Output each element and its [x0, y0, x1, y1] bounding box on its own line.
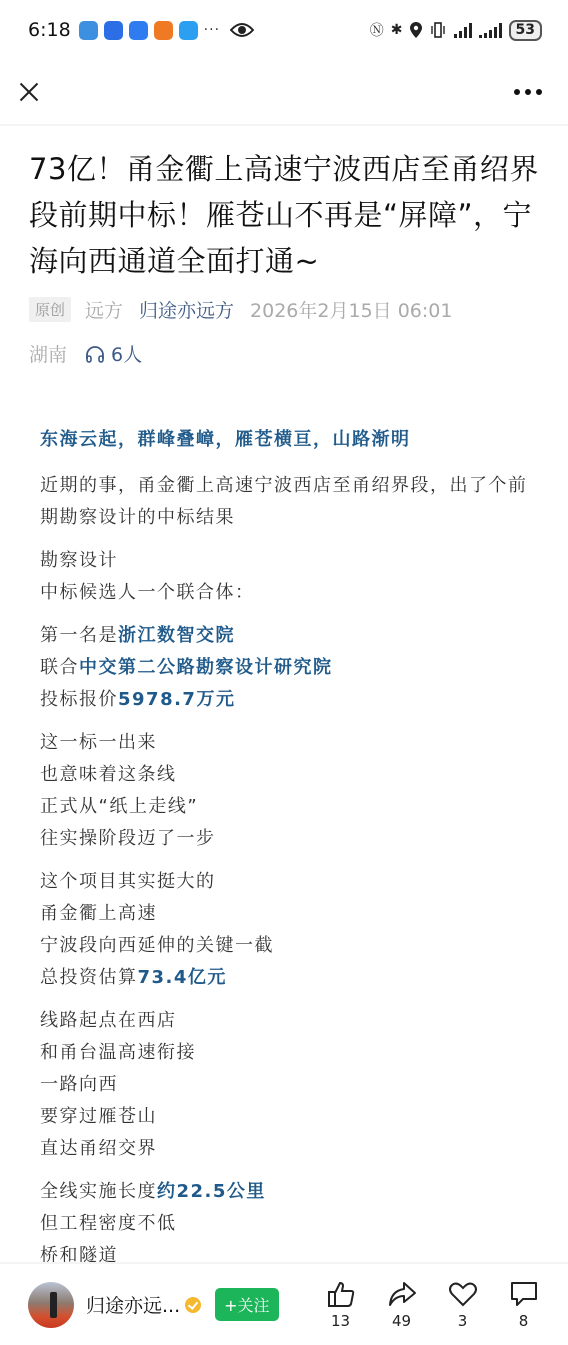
text-line: 也意味着这条线 — [40, 759, 535, 791]
text: 联合 — [40, 657, 79, 678]
eye-icon — [230, 22, 254, 38]
bottom-action-bar: 归途亦远... +关注 13 49 3 8 — [0, 1262, 568, 1345]
headphone-icon — [85, 345, 105, 363]
more-notifications-icon: ··· — [204, 22, 220, 38]
article-title: 73亿！甬金衢上高速宁波西店至甬绍界段前期中标！雁苍山不再是“屏障”，宁海向西通… — [29, 146, 539, 284]
heart-icon — [448, 1280, 478, 1308]
text: 投标报价 — [40, 689, 118, 710]
location-icon — [410, 22, 422, 38]
highlight-text: 中交第二公路勘察设计研究院 — [79, 657, 333, 678]
paragraph: 近期的事，甬金衢上高速宁波西店至甬绍界段，出了个前期勘察设计的中标结果 — [40, 470, 535, 534]
app-icon — [154, 21, 173, 40]
app-icon — [129, 21, 148, 40]
share-button[interactable]: 49 — [371, 1280, 432, 1330]
signal-icon — [454, 22, 472, 38]
verified-badge-icon — [185, 1297, 201, 1313]
nfc-icon: Ⓝ — [370, 20, 384, 40]
author-name[interactable]: 归途亦远... — [86, 1291, 180, 1318]
text-line: 要穿过雁苍山 — [40, 1101, 535, 1133]
like-count: 13 — [331, 1312, 350, 1330]
comment-button[interactable]: 8 — [493, 1280, 554, 1330]
bluetooth-icon: ✱ — [391, 22, 403, 38]
author-avatar[interactable] — [28, 1282, 74, 1328]
app-icon — [104, 21, 123, 40]
article-meta-2: 湖南 6人 — [29, 340, 142, 367]
thumbs-up-icon — [326, 1280, 356, 1308]
app-icon — [79, 21, 98, 40]
favorite-button[interactable]: 3 — [432, 1280, 493, 1330]
text: 第一名是 — [40, 625, 118, 646]
publish-date: 2026年2月15日 06:01 — [250, 296, 452, 323]
text-line: 但工程密度不低 — [40, 1208, 535, 1240]
text-line: 这个项目其实挺大的 — [40, 866, 535, 898]
highlight-text: 浙江数智交院 — [118, 625, 235, 646]
paragraph: 这个项目其实挺大的 甬金衢上高速 宁波段向西延伸的关键一截 总投资估算73.4亿… — [40, 866, 535, 994]
text-line: 正式从“纸上走线” — [40, 791, 535, 823]
listen-button[interactable]: 6人 — [85, 340, 142, 367]
text-line: 全线实施长度约22.5公里 — [40, 1176, 535, 1208]
original-badge: 原创 — [29, 297, 71, 322]
status-bar: 6:18 ··· Ⓝ ✱ 53 — [0, 0, 568, 60]
text-line: 这一标一出来 — [40, 727, 535, 759]
battery-indicator: 53 — [509, 20, 542, 41]
top-nav — [0, 60, 568, 126]
location: 湖南 — [29, 340, 67, 367]
text-line: 总投资估算73.4亿元 — [40, 962, 535, 994]
account-link[interactable]: 归途亦远方 — [139, 296, 234, 323]
actions: 13 49 3 8 — [310, 1280, 554, 1330]
listener-count: 6人 — [111, 340, 142, 367]
paragraph: 线路起点在西店 和甬台温高速衔接 一路向西 要穿过雁苍山 直达甬绍交界 — [40, 1005, 535, 1165]
comment-icon — [509, 1280, 539, 1308]
text-line: 联合中交第二公路勘察设计研究院 — [40, 652, 535, 684]
favorite-count: 3 — [458, 1312, 468, 1330]
text-line: 甬金衢上高速 — [40, 898, 535, 930]
signal-icon-2 — [479, 22, 502, 38]
close-icon[interactable] — [18, 81, 40, 103]
notification-app-icons — [79, 21, 198, 40]
share-icon — [387, 1280, 417, 1308]
text-line: 一路向西 — [40, 1069, 535, 1101]
text-line: 直达甬绍交界 — [40, 1133, 535, 1165]
app-icon — [179, 21, 198, 40]
text-line: 近期的事，甬金衢上高速宁波西店至甬绍界段，出了个前期勘察设计的中标结果 — [40, 470, 535, 534]
text-line: 和甬台温高速衔接 — [40, 1037, 535, 1069]
lead-line: 东海云起，群峰叠嶂，雁苍横亘，山路渐明 — [40, 424, 535, 456]
highlight-text: 73.4亿元 — [138, 967, 227, 988]
more-options-icon[interactable] — [514, 89, 542, 95]
text-line: 中标候选人一个联合体： — [40, 577, 535, 609]
highlight-text: 5978.7万元 — [118, 689, 235, 710]
article-body: 东海云起，群峰叠嶂，雁苍横亘，山路渐明 近期的事，甬金衢上高速宁波西店至甬绍界段… — [40, 424, 535, 1283]
follow-button[interactable]: +关注 — [215, 1288, 278, 1321]
text-line: 往实操阶段迈了一步 — [40, 823, 535, 855]
text: 全线实施长度 — [40, 1181, 157, 1202]
paragraph: 第一名是浙江数智交院 联合中交第二公路勘察设计研究院 投标报价5978.7万元 — [40, 620, 535, 716]
comment-count: 8 — [519, 1312, 529, 1330]
text-line: 宁波段向西延伸的关键一截 — [40, 930, 535, 962]
text-line: 第一名是浙江数智交院 — [40, 620, 535, 652]
article-meta: 原创 远方 归途亦远方 2026年2月15日 06:01 — [29, 296, 452, 323]
vibrate-icon — [429, 22, 447, 38]
status-time: 6:18 — [28, 19, 71, 41]
text: 总投资估算 — [40, 967, 138, 988]
highlight-text: 约22.5公里 — [157, 1181, 266, 1202]
author-name: 远方 — [85, 296, 123, 323]
text-line: 投标报价5978.7万元 — [40, 684, 535, 716]
paragraph: 全线实施长度约22.5公里 但工程密度不低 桥和隧道 — [40, 1176, 535, 1272]
like-button[interactable]: 13 — [310, 1280, 371, 1330]
share-count: 49 — [392, 1312, 411, 1330]
text-line: 勘察设计 — [40, 545, 535, 577]
status-indicators: Ⓝ ✱ 53 — [370, 20, 542, 41]
paragraph: 勘察设计 中标候选人一个联合体： — [40, 545, 535, 609]
paragraph: 这一标一出来 也意味着这条线 正式从“纸上走线” 往实操阶段迈了一步 — [40, 727, 535, 855]
text-line: 线路起点在西店 — [40, 1005, 535, 1037]
